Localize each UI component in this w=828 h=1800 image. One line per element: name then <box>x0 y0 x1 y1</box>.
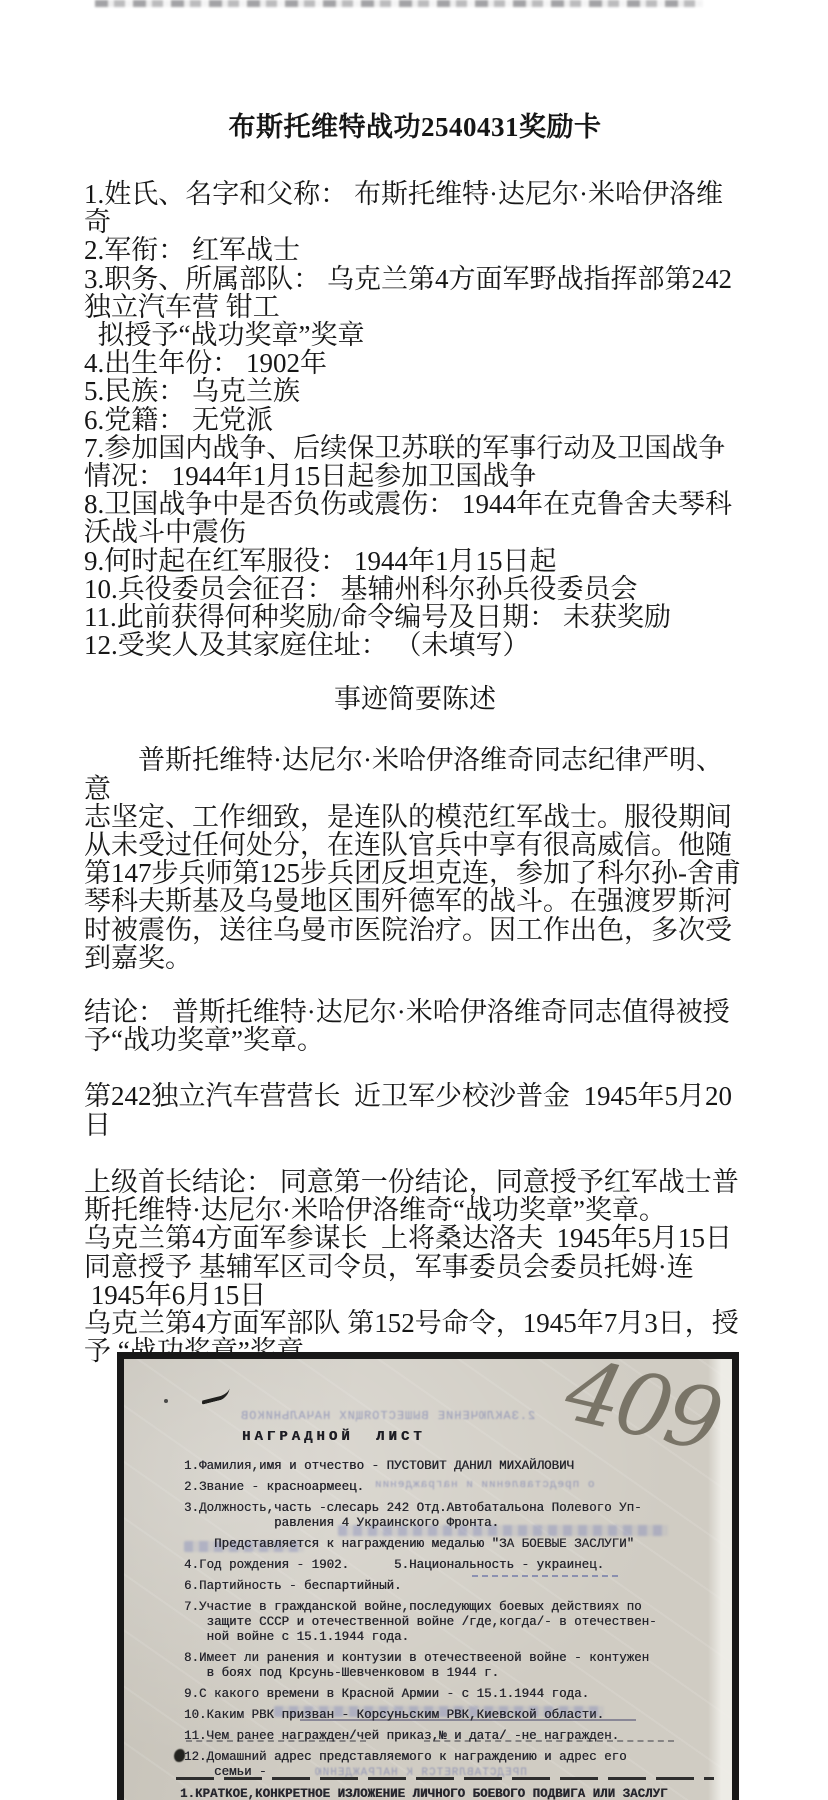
translation-item: 10.兵役委员会征召： 基辅州科尔孙兵役委员会 <box>84 575 746 603</box>
scan-form-line: 10.Каким РВК призван - Корсуньским РВК,К… <box>184 1708 704 1723</box>
scan-form-line: 2.Звание - красноармеец. <box>184 1480 704 1495</box>
scan-form-line: 11.Чем ранее награжден/чей приказ,№ и да… <box>184 1729 704 1744</box>
translation-item: 9.何时起在红军服役： 1944年1月15日起 <box>84 547 746 575</box>
scan-form-line: 12.Домашний адрес представляемого к нагр… <box>184 1750 704 1780</box>
scan-form-line: 9.С какого времени в Красной Армии - с 1… <box>184 1687 704 1702</box>
section-divider-line <box>176 1777 714 1780</box>
bleed-through-text: 2.ЗАКЛЮЧЕНИЕ ВЫШЕСТОЯЩИХ НАЧАЛЬНИКОВ <box>240 1409 535 1423</box>
endorsement-line: 同意授予 基辅军区司令员，军事委员会委员托姆·连 1945年6月15日 <box>84 1253 746 1309</box>
scan-form-line: 6.Партийность - беспартийный. <box>184 1579 704 1594</box>
translation-block: 布斯托维特战功2540431奖励卡 1.姓氏、名字和父称： 布斯托维特·达尼尔·… <box>84 112 746 1365</box>
scan-document-title: НАГРАДНОЙ ЛИСТ <box>242 1429 426 1445</box>
translation-item: 2.军衔： 红军战士 <box>84 236 746 264</box>
scanned-award-sheet: 409 2.ЗАКЛЮЧЕНИЕ ВЫШЕСТОЯЩИХ НАЧАЛЬНИКОВ… <box>117 1352 739 1800</box>
section-heading: 事迹简要陈述 <box>84 685 746 713</box>
document-page: 布斯托维特战功2540431奖励卡 1.姓氏、名字和父称： 布斯托维特·达尼尔·… <box>0 0 828 1800</box>
translation-item: 12.受奖人及其家庭住址： （未填写） <box>84 631 746 659</box>
translation-item: 4.出生年份： 1902年 <box>84 349 746 377</box>
paper-speck <box>164 1399 168 1403</box>
scan-form-line: 8.Имеет ли ранения и контузии в отечеств… <box>184 1651 704 1681</box>
scan-paper: 409 2.ЗАКЛЮЧЕНИЕ ВЫШЕСТОЯЩИХ НАЧАЛЬНИКОВ… <box>124 1359 732 1800</box>
endorsement-line: 上级首长结论： 同意第一份结论，同意授予红军战士普 斯托维特·达尼尔·米哈伊洛维… <box>84 1168 746 1224</box>
scan-form-line: Представляется к награждению медалью "ЗА… <box>184 1537 704 1552</box>
translation-item: 3.职务、所属部队： 乌克兰第4方面军野战指挥部第242 独立汽车营 钳工 <box>84 265 746 321</box>
signature-line: 第242独立汽车营营长 近卫军少校沙普金 1945年5月20 日 <box>84 1082 746 1138</box>
translation-item: 6.党籍： 无党派 <box>84 406 746 434</box>
translation-item: 7.参加国内战争、后续保卫苏联的军事行动及卫国战争 情况： 1944年1月15日… <box>84 434 746 490</box>
endorsements-block: 上级首长结论： 同意第一份结论，同意授予红军战士普 斯托维特·达尼尔·米哈伊洛维… <box>84 1168 746 1365</box>
translation-item: 1.姓氏、名字和父称： 布斯托维特·达尼尔·米哈伊洛维 奇 <box>84 180 746 236</box>
scan-form-line: 3.Должность,часть -слесарь 242 Отд.Автоб… <box>184 1501 704 1531</box>
scan-form-line: 1.Фамилия,имя и отчество - ПУСТОВИТ ДАНИ… <box>184 1459 704 1474</box>
translation-item: 5.民族： 乌克兰族 <box>84 377 746 405</box>
scan-form-line: 7.Участие в гражданской войне,последующи… <box>184 1600 704 1645</box>
scan-form-fields: 1.Фамилия,имя и отчество - ПУСТОВИТ ДАНИ… <box>184 1459 704 1786</box>
translation-items: 1.姓氏、名字和父称： 布斯托维特·达尼尔·米哈伊洛维 奇2.军衔： 红军战士3… <box>84 180 746 659</box>
scan-form-line: 4.Год рождения - 1902. 5.Национальность … <box>184 1558 704 1573</box>
cropped-scan-edge <box>95 0 703 7</box>
narrative-paragraph: 普斯托维特·达尼尔·米哈伊洛维奇同志纪律严明、意 志坚定、工作细致，是连队的模范… <box>84 746 746 972</box>
paper-fold-mark <box>202 1381 230 1405</box>
translation-item: 拟授予“战功奖章”奖章 <box>84 321 746 349</box>
translation-item: 8.卫国战争中是否负伤或震伤： 1944年在克鲁舍夫琴科 沃战斗中震伤 <box>84 490 746 546</box>
page-title: 布斯托维特战功2540431奖励卡 <box>84 112 746 142</box>
scan-footer-line: 1.КРАТКОЕ,КОНКРЕТНОЕ ИЗЛОЖЕНИЕ ЛИЧНОГО Б… <box>180 1787 722 1800</box>
conclusion-paragraph: 结论： 普斯托维特·达尼尔·米哈伊洛维奇同志值得被授 予“战功奖章”奖章。 <box>84 998 746 1054</box>
handwritten-page-number: 409 <box>558 1352 726 1465</box>
translation-item: 11.此前获得何种奖励/命令编号及日期： 未获奖励 <box>84 603 746 631</box>
endorsement-line: 乌克兰第4方面军参谋长 上将桑达洛夫 1945年5月15日 <box>84 1224 746 1252</box>
